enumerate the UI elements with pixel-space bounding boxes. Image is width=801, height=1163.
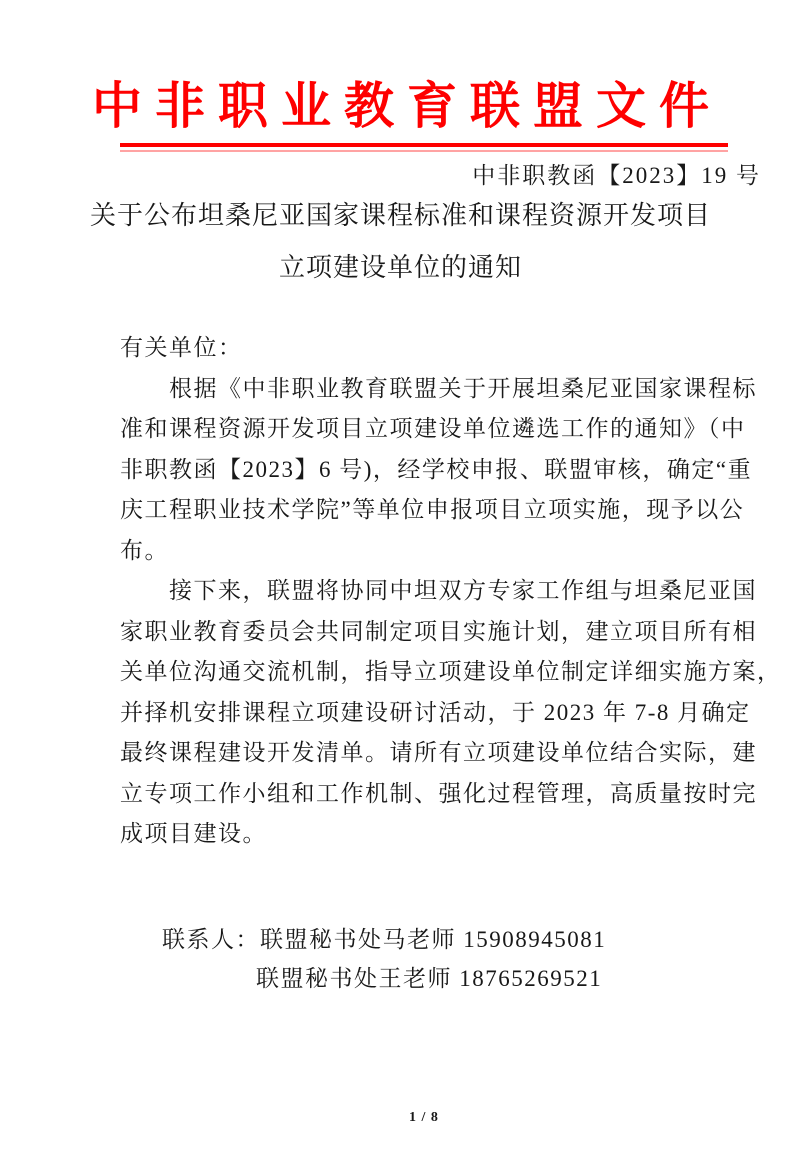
contact-line-1: 联系人：联盟秘书处马老师 15908945081	[120, 921, 752, 960]
contact-line-2: 联盟秘书处王老师 18765269521	[120, 960, 752, 999]
document-number: 中非职教函【2023】19 号	[472, 161, 761, 191]
body-line-8: 家职业教育委员会共同制定项目实施计划，建立项目所有相	[120, 612, 752, 653]
body-line-12: 立专项工作小组和工作机制、强化过程管理，高质量按时完	[120, 774, 752, 815]
page-number: 1 / 8	[120, 1110, 728, 1126]
body-line-4: 非职教函【2023】6 号)，经学校申报、联盟审核，确定“重	[120, 450, 752, 491]
header-divider-thick-line	[120, 143, 728, 147]
contact-block: 联系人：联盟秘书处马老师 15908945081 联盟秘书处王老师 187652…	[120, 921, 752, 998]
body-line-5: 庆工程职业技术学院”等单位申报项目立项实施，现予以公	[120, 490, 752, 531]
body-line-11: 最终课程建设开发清单。请所有立项建设单位结合实际，建	[120, 733, 752, 774]
body-line-10: 并择机安排课程立项建设研讨活动，于 2023 年 7-8 月确定	[120, 693, 752, 734]
body-line-13: 成项目建设。	[120, 814, 752, 855]
body-line-7: 接下来，联盟将协同中坦双方专家工作组与坦桑尼亚国	[120, 571, 752, 612]
body-line-3: 准和课程资源开发项目立项建设单位遴选工作的通知》（中	[120, 409, 752, 450]
body-line-2: 根据《中非职业教育联盟关于开展坦桑尼亚国家课程标	[120, 369, 752, 410]
header-divider-thin-line	[120, 150, 728, 152]
document-title-line1: 关于公布坦桑尼亚国家课程标准和课程资源开发项目	[0, 198, 801, 234]
body-line-9: 关单位沟通交流机制，指导立项建设单位制定详细实施方案，	[120, 652, 752, 693]
document-page: 中非职业教育联盟文件 中非职教函【2023】19 号 关于公布坦桑尼亚国家课程标…	[0, 0, 801, 1163]
body-line-6: 布。	[120, 531, 752, 572]
document-body: 有关单位： 根据《中非职业教育联盟关于开展坦桑尼亚国家课程标准和课程资源开发项目…	[120, 328, 752, 855]
document-header-title: 中非职业教育联盟文件	[0, 78, 801, 134]
document-title-line2: 立项建设单位的通知	[0, 250, 801, 286]
body-line-1: 有关单位：	[120, 328, 752, 369]
